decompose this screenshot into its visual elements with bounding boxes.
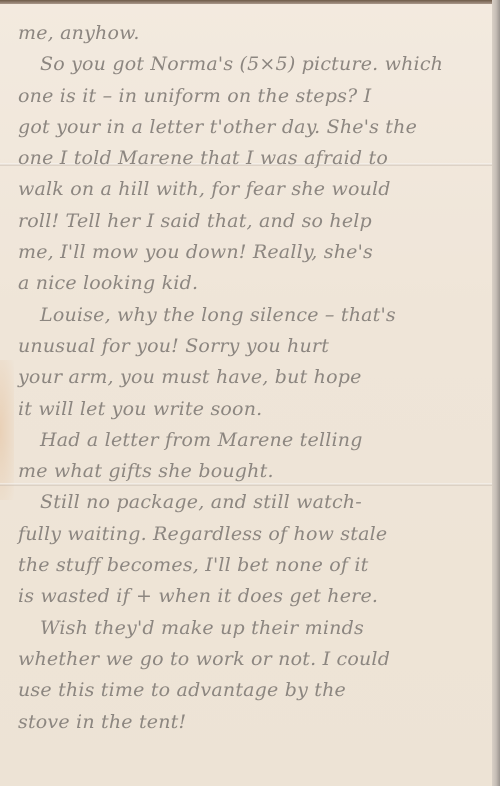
text-line: one is it – in uniform on the steps? I (18, 81, 476, 112)
text-line: fully waiting. Regardless of how stale (18, 519, 476, 550)
text-line: a nice looking kid. (18, 268, 476, 299)
text-line: Louise, why the long silence – that's (18, 300, 476, 331)
text-line: it will let you write soon. (18, 394, 476, 425)
text-line: me, anyhow. (18, 18, 476, 49)
text-line: Still no package, and still watch- (18, 487, 476, 518)
text-line: So you got Norma's (5×5) picture. which (18, 49, 476, 80)
text-line: Had a letter from Marene telling (18, 425, 476, 456)
paper-top-edge (0, 0, 492, 4)
text-line: got your in a letter t'other day. She's … (18, 112, 476, 143)
text-line: unusual for you! Sorry you hurt (18, 331, 476, 362)
text-line: one I told Marene that I was afraid to (18, 143, 476, 174)
text-line: the stuff becomes, I'll bet none of it (18, 550, 476, 581)
handwritten-text: me, anyhow. So you got Norma's (5×5) pic… (18, 18, 476, 738)
text-line: stove in the tent! (18, 707, 476, 738)
text-line: me, I'll mow you down! Really, she's (18, 237, 476, 268)
paper-stain (0, 360, 14, 500)
text-line: walk on a hill with, for fear she would (18, 174, 476, 205)
text-line: whether we go to work or not. I could (18, 644, 476, 675)
text-line: use this time to advantage by the (18, 675, 476, 706)
letter-page: me, anyhow. So you got Norma's (5×5) pic… (0, 0, 500, 786)
text-line: roll! Tell her I said that, and so help (18, 206, 476, 237)
paper-right-edge (492, 0, 500, 786)
text-line: is wasted if + when it does get here. (18, 581, 476, 612)
text-line: me what gifts she bought. (18, 456, 476, 487)
text-line: your arm, you must have, but hope (18, 362, 476, 393)
text-line: Wish they'd make up their minds (18, 613, 476, 644)
